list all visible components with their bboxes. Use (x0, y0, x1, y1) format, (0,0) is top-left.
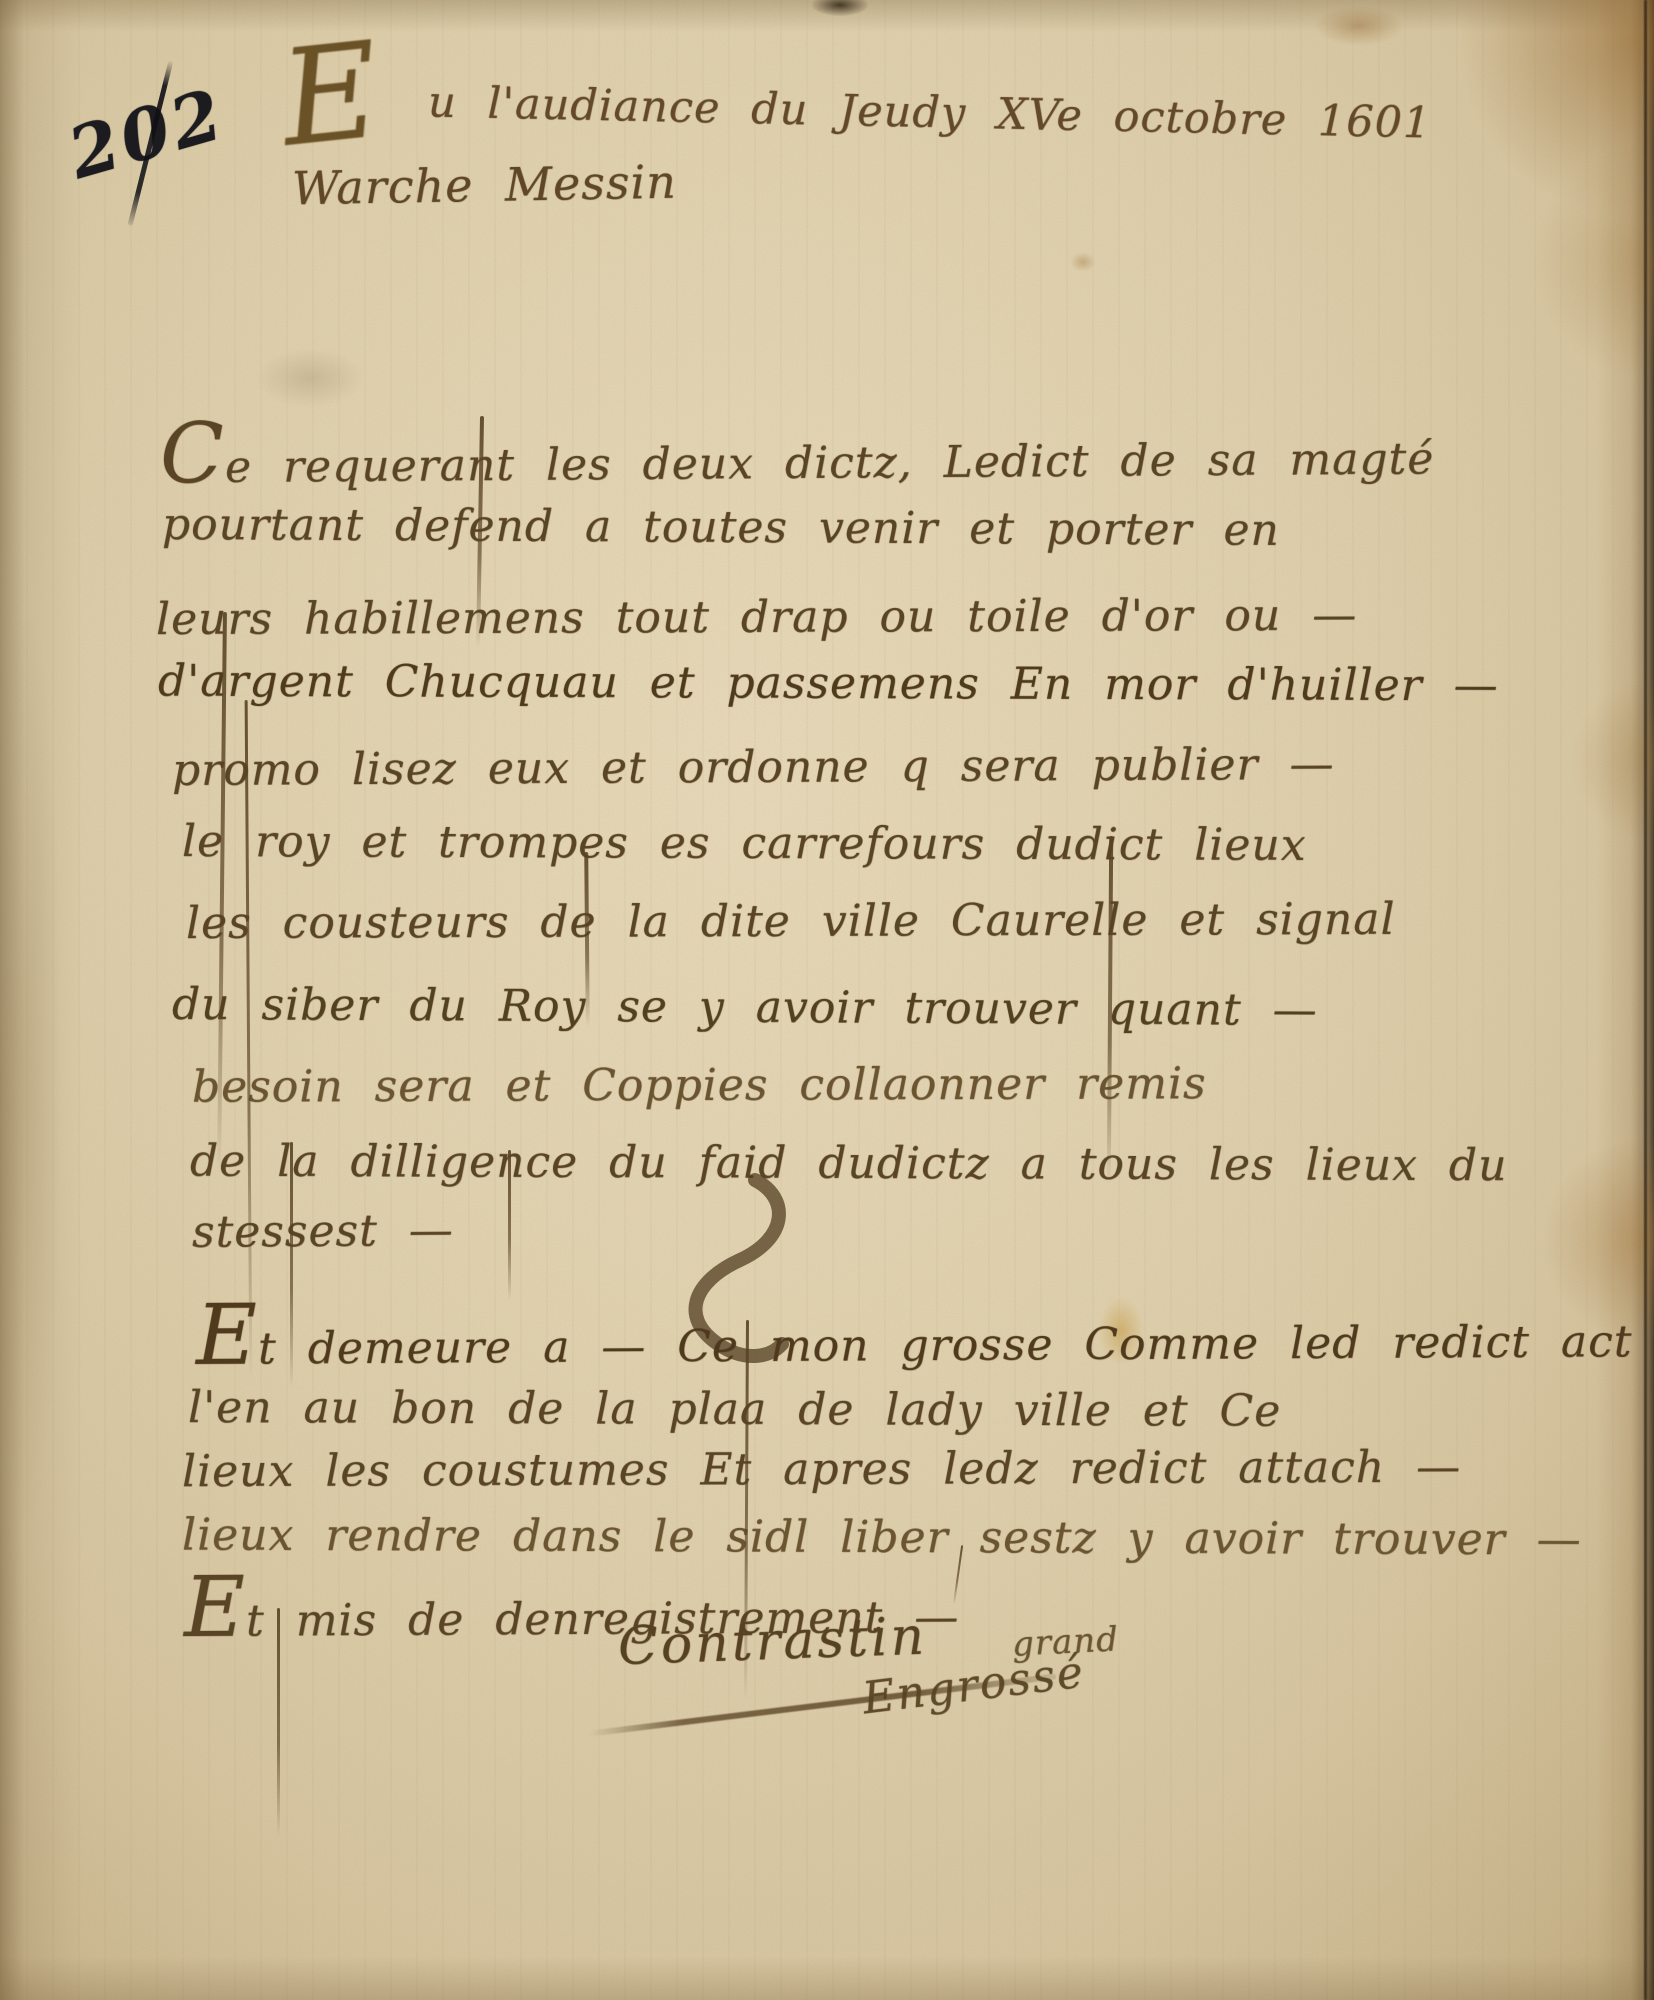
manuscript-page: 202 E u l'audiance du Jeudy XVe octobre … (0, 0, 1654, 2000)
header-subtitle-line: Warche Messin (292, 155, 678, 216)
top-edge-dark-spot (812, 0, 868, 16)
manuscript-line: lieux les coustumes Et apres ledz redict… (182, 1442, 1461, 1497)
signature-name: Contrastin (617, 1607, 928, 1678)
small-brown-spot (1070, 252, 1096, 272)
manuscript-line: pourtant defend a toutes venir et porter… (162, 499, 1280, 556)
header-date-line: u l'audiance du Jeudy XVe octobre 1601 (428, 77, 1432, 148)
manuscript-line: besoin sera et Coppies collaonner remis (192, 1058, 1207, 1113)
manuscript-line: Ce requerant les deux dictz, Ledict de s… (160, 420, 1435, 494)
long-pen-stroke (245, 700, 253, 1380)
manuscript-line: le roy et trompes es carrefours dudict l… (182, 816, 1307, 871)
manuscript-line: les cousteurs de la dite ville Caurelle … (186, 894, 1396, 949)
left-margin-shading (0, 620, 60, 1520)
manuscript-line: l'en au bon de la plaa de lady ville et … (188, 1382, 1281, 1437)
ink-smudge-stain (255, 348, 365, 408)
manuscript-line: leurs habillemens tout drap ou toile d'o… (156, 590, 1357, 645)
right-binding-edge (1644, 0, 1647, 2000)
top-right-stain (1314, 6, 1404, 46)
folio-number: 202 (60, 72, 235, 195)
manuscript-line: promo lisez eux et ordonne q sera publie… (172, 739, 1335, 796)
manuscript-line: lieux rendre dans le sidl liber sestz y … (182, 1510, 1582, 1566)
manuscript-line: de la dilligence du faid dudictz a tous … (190, 1136, 1508, 1192)
header-initial-flourish: E (274, 13, 387, 176)
manuscript-line: d'argent Chucquau et passemens En mor d'… (158, 656, 1499, 712)
manuscript-line: du siber du Roy se y avoir trouver quant… (172, 979, 1318, 1036)
manuscript-line: stessest — (192, 1205, 454, 1258)
manuscript-line: Et demeure a — Ce mon grosse Comme led r… (196, 1302, 1654, 1375)
